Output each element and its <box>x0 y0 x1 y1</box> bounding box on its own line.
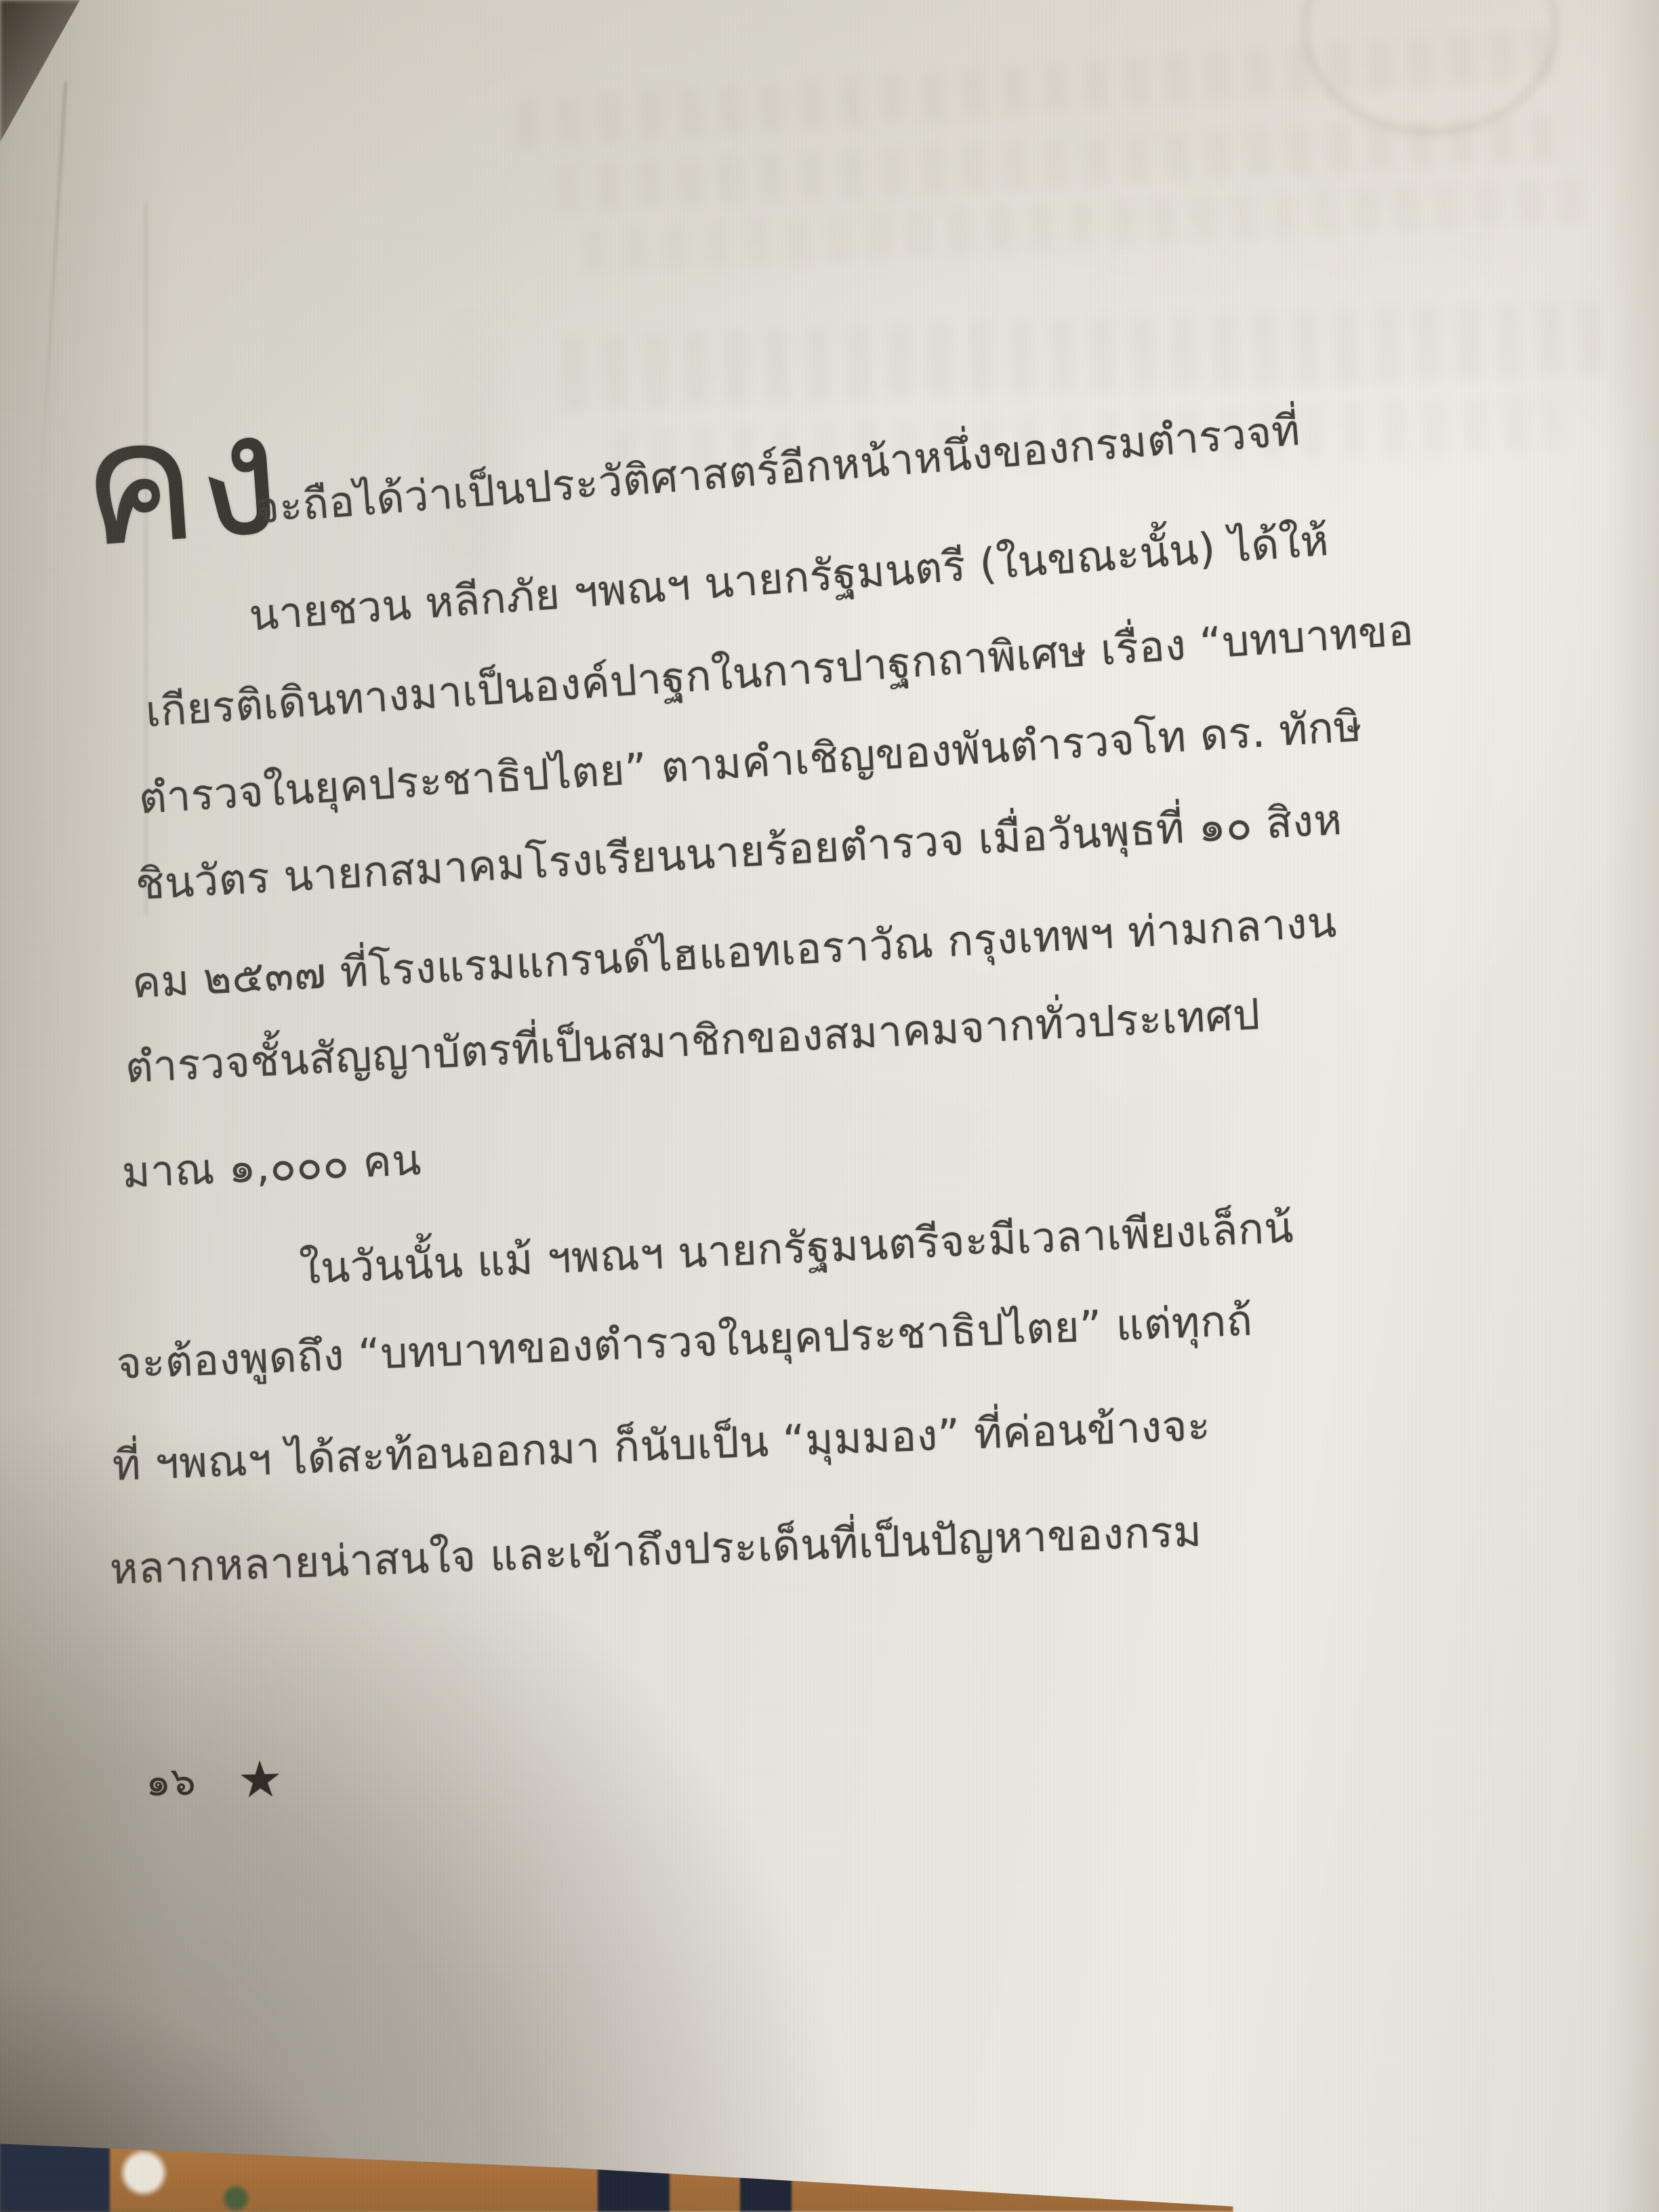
bottom-left-deep-shadow <box>0 0 1659 2212</box>
book-page-photo: คง จะถือได้ว่าเป็นประวัติศาสตร์อีกหน้าหน… <box>0 0 1659 2212</box>
